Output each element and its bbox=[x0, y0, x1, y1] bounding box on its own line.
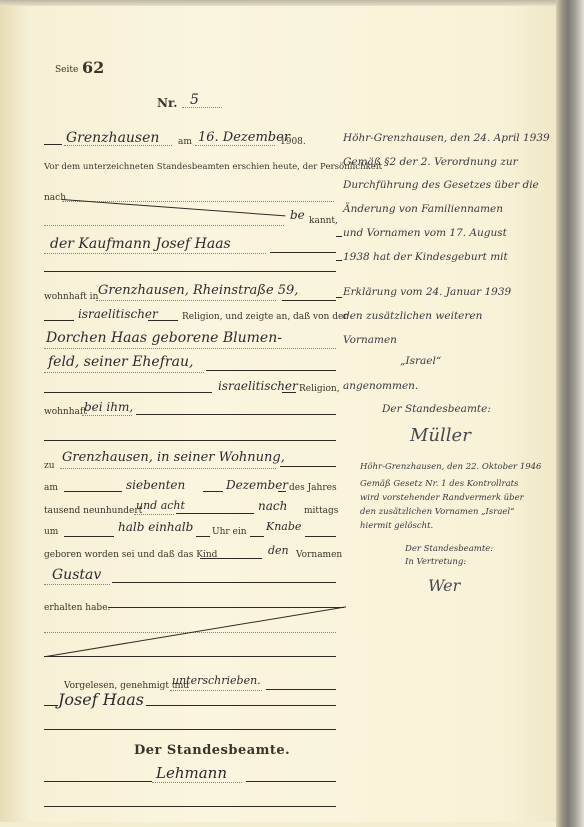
rule-dotted bbox=[170, 690, 262, 691]
rule bbox=[280, 466, 336, 467]
zu-label: zu bbox=[44, 461, 55, 471]
margin-note-line: Höhr-Grenzhausen, den 22. Oktober 1946 bbox=[360, 462, 541, 472]
rule bbox=[250, 536, 264, 537]
known-suffix: be bbox=[290, 208, 305, 222]
am-label: am bbox=[178, 137, 192, 147]
margin-note-signature: Müller bbox=[410, 425, 471, 446]
registration-year: 1908. bbox=[280, 137, 306, 147]
rule-dotted bbox=[44, 253, 266, 254]
margin-note-signoff: Der Standesbeamte: bbox=[382, 403, 491, 415]
rule bbox=[278, 491, 286, 492]
rule bbox=[148, 320, 178, 321]
rule-dotted bbox=[44, 225, 284, 226]
rule bbox=[196, 536, 210, 537]
rule-dotted bbox=[134, 514, 174, 515]
erhalten-label: erhalten habe. bbox=[44, 603, 110, 613]
rule bbox=[44, 144, 62, 145]
am-label-2: am bbox=[44, 483, 58, 493]
rule bbox=[112, 582, 336, 583]
religion-clause: Religion, und zeigte an, daß von der bbox=[182, 312, 348, 322]
birth-day: siebenten bbox=[126, 478, 185, 492]
margin-note-signature: Wer bbox=[428, 576, 460, 595]
registration-date: 16. Dezember bbox=[198, 130, 290, 145]
signed-note: unterschrieben. bbox=[172, 674, 261, 687]
margin-note-added-name: „Israel“ bbox=[400, 355, 441, 367]
mittags-label: mittags bbox=[304, 506, 338, 516]
um-label: um bbox=[44, 527, 58, 537]
tausend-label: tausend neunhundert bbox=[44, 506, 142, 516]
book-spine bbox=[556, 0, 584, 827]
rule bbox=[146, 705, 336, 706]
birth-hour: halb einhalb bbox=[118, 520, 193, 534]
rule bbox=[282, 392, 296, 393]
margin-note-line: den zusätzlichen Vornamen „Israel“ bbox=[360, 507, 515, 517]
declarant-name: der Kaufmann Josef Haas bbox=[50, 236, 231, 252]
entry-number-label: Nr. bbox=[157, 96, 177, 110]
child-given-name: Gustav bbox=[52, 567, 101, 583]
page-label: Seite bbox=[55, 65, 78, 75]
rule-dotted bbox=[82, 415, 132, 416]
geboren-clause: geboren worden sei und daß das Kind bbox=[44, 550, 217, 560]
rule bbox=[44, 392, 212, 393]
wohnhaft-label: wohnhaft bbox=[44, 407, 87, 417]
rule bbox=[44, 705, 58, 706]
rule bbox=[64, 536, 114, 537]
page-number: 62 bbox=[82, 58, 104, 77]
margin-note-line: den zusätzlichen weiteren bbox=[343, 310, 482, 322]
mother-name-line2: feld, seiner Ehefrau, bbox=[48, 354, 193, 370]
margin-note-line: 1938 hat der Kindesgeburt mit bbox=[343, 251, 508, 263]
margin-note-line: Vornamen bbox=[343, 334, 397, 346]
rule bbox=[200, 558, 262, 559]
margin-note-signoff: In Vertretung: bbox=[405, 557, 466, 567]
rule bbox=[64, 491, 122, 492]
vornamen-article: den bbox=[268, 544, 289, 557]
rule-dotted bbox=[195, 145, 275, 146]
birth-month: Dezember bbox=[226, 478, 288, 492]
father-signature: Josef Haas bbox=[58, 690, 144, 709]
margin-note-signoff: Der Standesbeamte: bbox=[405, 544, 493, 554]
rule-dotted bbox=[96, 300, 276, 301]
mother-religion: israelitischer bbox=[218, 379, 298, 393]
religion-label: Religion, bbox=[299, 384, 340, 394]
rule bbox=[44, 271, 336, 272]
rule bbox=[44, 320, 74, 321]
rule bbox=[44, 656, 336, 657]
margin-note-line: Gemäß §2 der 2. Verordnung zur bbox=[343, 156, 518, 168]
rule bbox=[336, 260, 342, 261]
rule bbox=[203, 491, 223, 492]
mother-name-line1: Dorchen Haas geborene Blumen- bbox=[46, 330, 282, 346]
rule bbox=[336, 297, 342, 298]
rule bbox=[266, 689, 336, 690]
rule bbox=[336, 236, 342, 237]
rule bbox=[305, 536, 336, 537]
margin-note-line: Durchführung des Gesetzes über die bbox=[343, 179, 539, 191]
margin-note-line: Änderung von Familiennamen bbox=[343, 203, 503, 215]
entry-number-underline bbox=[182, 107, 222, 108]
rule bbox=[136, 414, 336, 415]
birth-meridiem: nach bbox=[258, 499, 287, 513]
rule bbox=[44, 806, 336, 807]
rule-dotted bbox=[64, 145, 172, 146]
wohnhaft-in-label: wohnhaft in bbox=[44, 292, 98, 302]
rule-dotted bbox=[44, 372, 204, 373]
rule bbox=[282, 300, 336, 301]
rule-dotted bbox=[44, 584, 110, 585]
child-sex: Knabe bbox=[266, 520, 301, 533]
margin-note-line: Erklärung vom 24. Januar 1939 bbox=[343, 286, 511, 298]
birth-place: Grenzhausen, in seiner Wohnung, bbox=[62, 450, 285, 465]
known-label: kannt, bbox=[309, 216, 338, 226]
margin-note-line: Höhr-Grenzhausen, den 24. April 1939 bbox=[343, 132, 550, 144]
declarant-religion: israelitischer bbox=[78, 307, 158, 321]
rule-dotted bbox=[60, 468, 276, 469]
declarant-residence: Grenzhausen, Rheinstraße 59, bbox=[98, 283, 298, 298]
margin-note-line: wird vorstehender Randvermerk über bbox=[360, 493, 524, 503]
rule bbox=[176, 513, 254, 514]
vornamen-label: Vornamen bbox=[296, 550, 342, 560]
rule bbox=[108, 607, 344, 608]
mother-residence: bei ihm, bbox=[84, 400, 133, 414]
official-title: Der Standesbeamte. bbox=[134, 743, 290, 758]
rule bbox=[44, 440, 336, 441]
registration-place: Grenzhausen bbox=[66, 130, 159, 146]
margin-note-line: angenommen. bbox=[343, 380, 418, 392]
rule bbox=[206, 370, 336, 371]
margin-note-line: hiermit gelöscht. bbox=[360, 521, 433, 531]
margin-note-line: und Vornamen vom 17. August bbox=[343, 227, 507, 239]
rule-dotted bbox=[44, 348, 336, 349]
margin-note-line: Gemäß Gesetz Nr. 1 des Kontrollrats bbox=[360, 479, 518, 489]
entry-number-value: 5 bbox=[190, 92, 199, 108]
rule bbox=[44, 781, 152, 782]
official-signature: Lehmann bbox=[156, 764, 227, 782]
rule-dotted bbox=[152, 782, 242, 783]
rule bbox=[44, 729, 336, 730]
des-jahres-label: des Jahres bbox=[289, 483, 337, 493]
rule bbox=[270, 252, 336, 253]
birth-year: und acht bbox=[136, 499, 185, 512]
uhr-ein-label: Uhr ein bbox=[212, 527, 247, 537]
intro-text: Vor dem unterzeichneten Standesbeamten e… bbox=[44, 162, 382, 172]
rule bbox=[246, 781, 336, 782]
